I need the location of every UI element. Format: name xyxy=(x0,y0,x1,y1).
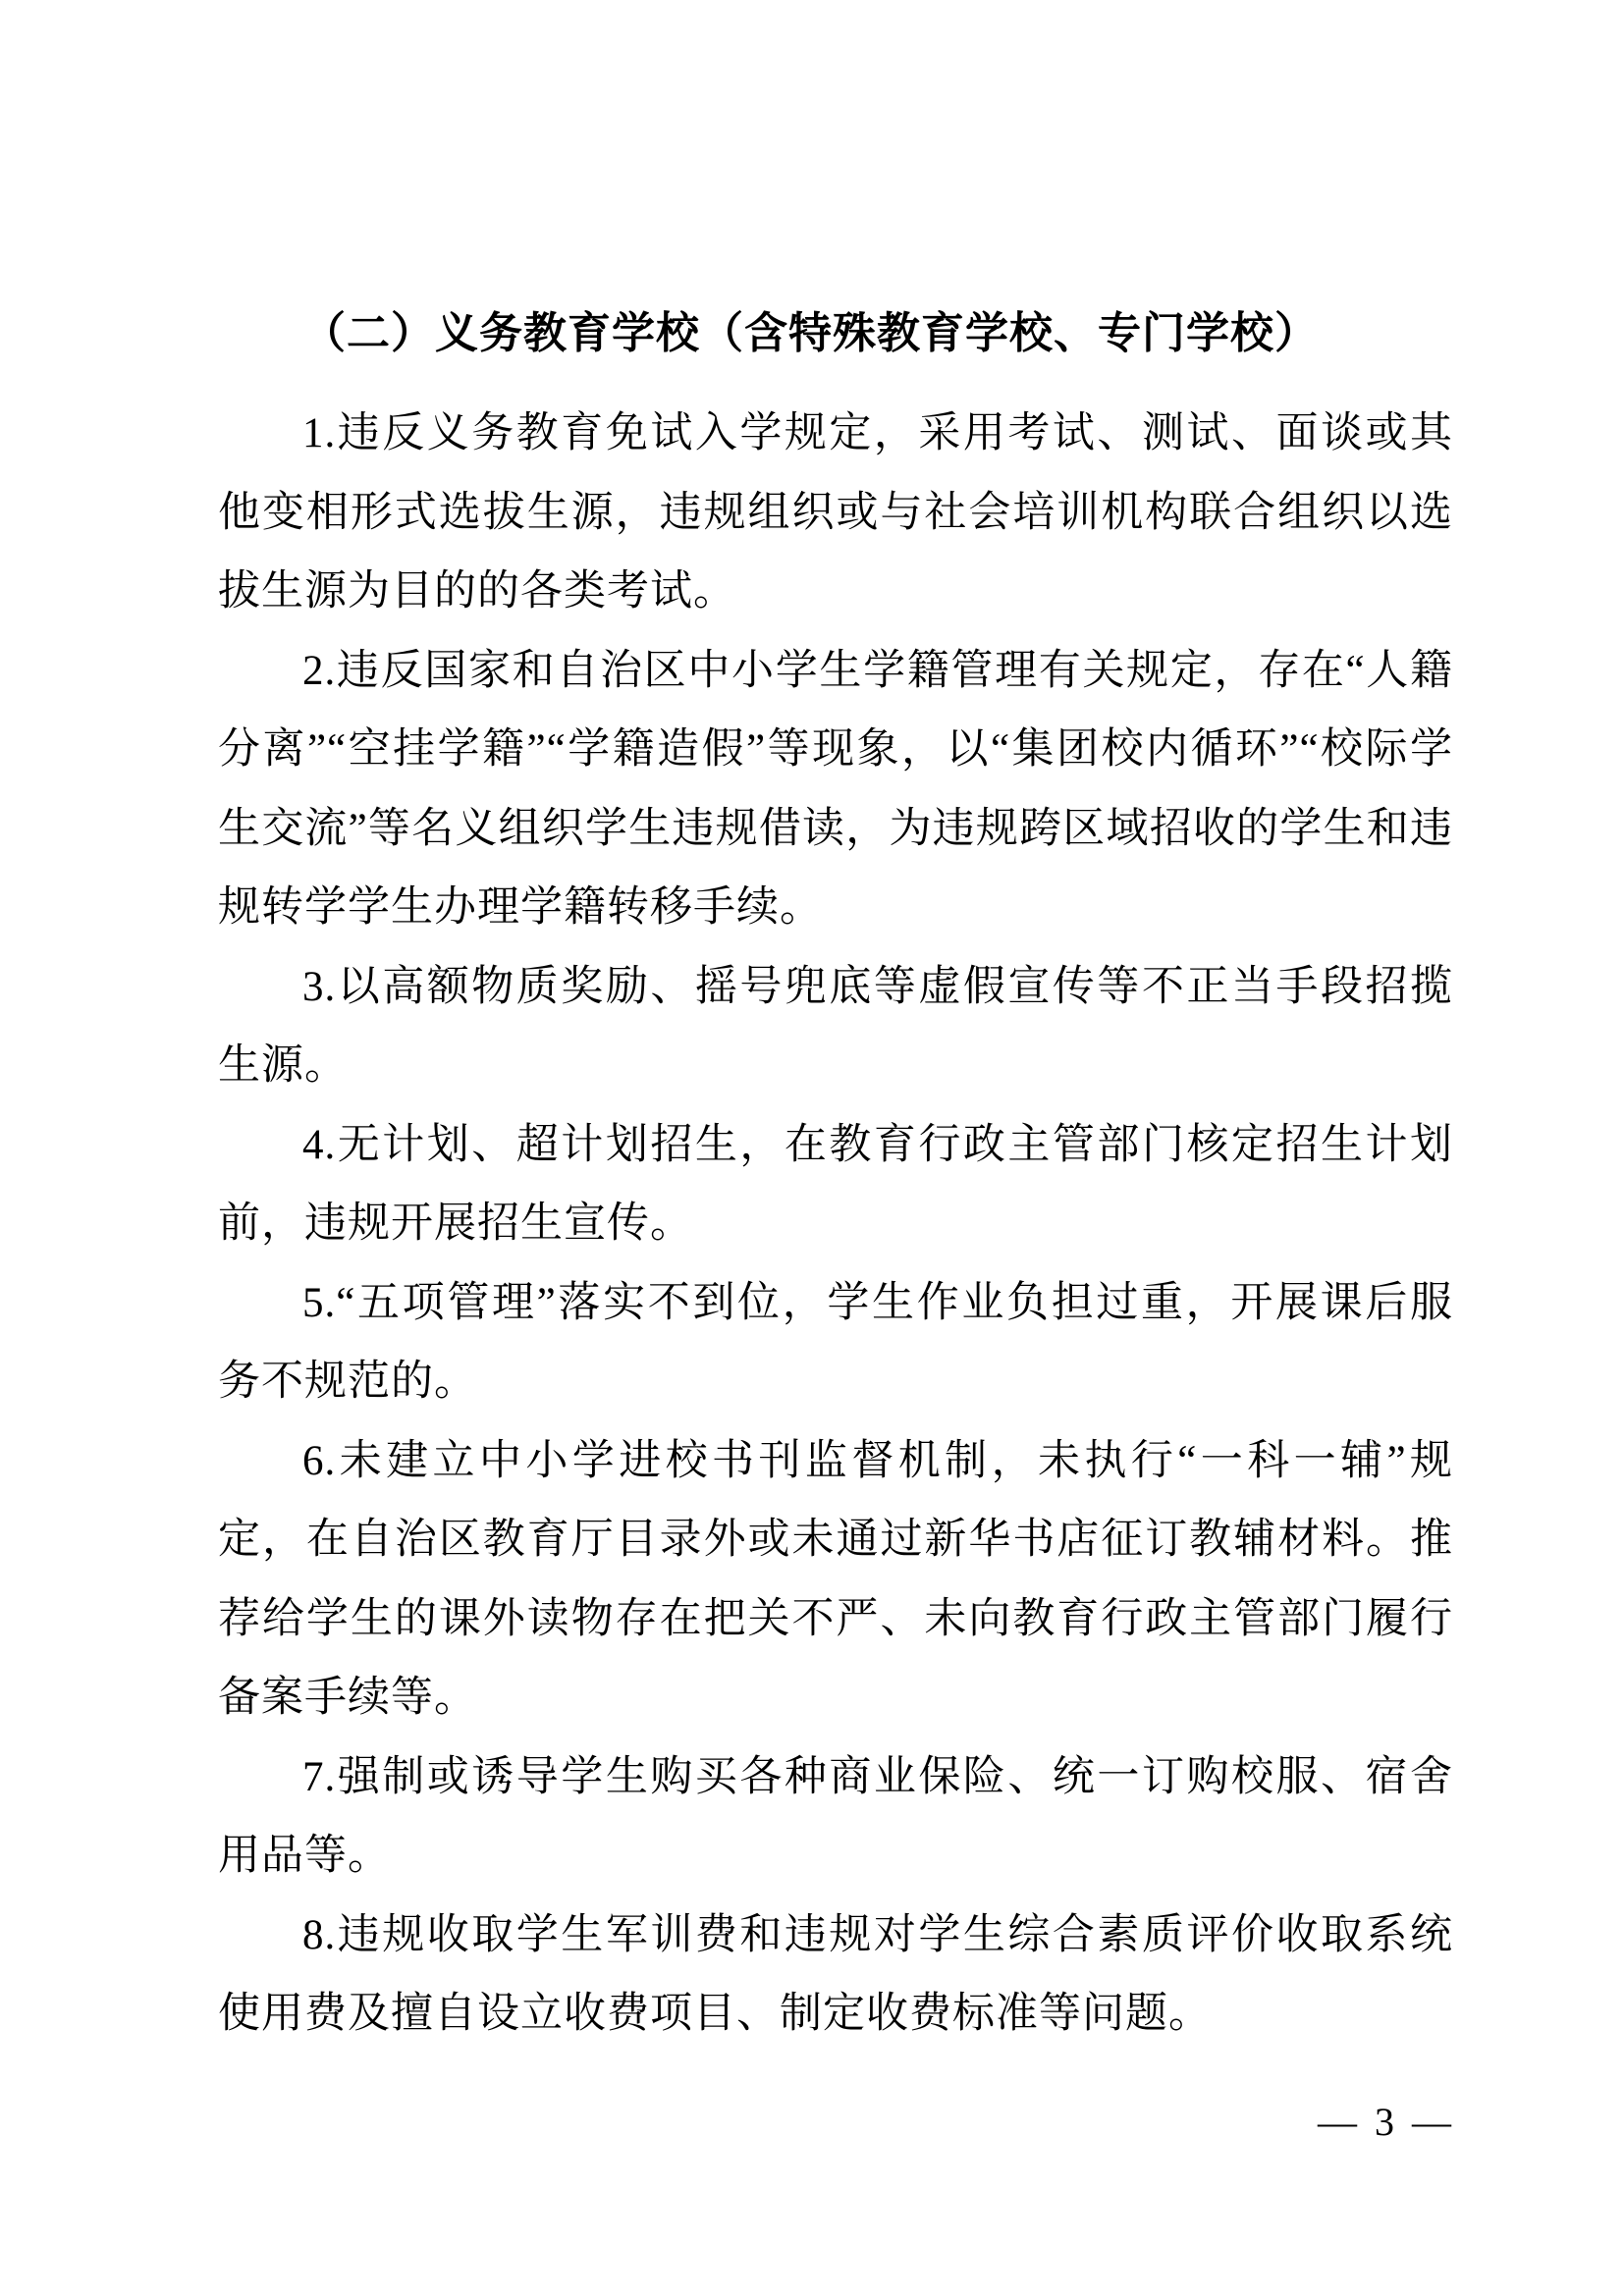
violation-item-3: 3.以高额物质奖励、摇号兜底等虚假宣传等不正当手段招揽生源。 xyxy=(218,948,1453,1106)
violation-item-7: 7.强制或诱导学生购买各种商业保险、统一订购校服、宿舍用品等。 xyxy=(218,1738,1453,1896)
section-heading: （二）义务教育学校（含特殊教育学校、专门学校） xyxy=(218,294,1453,373)
violation-item-5: 5.“五项管理”落实不到位，学生作业负担过重，开展课后服务不规范的。 xyxy=(218,1264,1453,1422)
violation-item-4: 4.无计划、超计划招生，在教育行政主管部门核定招生计划前，违规开展招生宣传。 xyxy=(218,1106,1453,1264)
violation-item-2: 2.违反国家和自治区中小学生学籍管理有关规定，存在“人籍分离”“空挂学籍”“学籍… xyxy=(218,632,1453,948)
violation-item-6: 6.未建立中小学进校书刊监督机制，未执行“一科一辅”规定，在自治区教育厅目录外或… xyxy=(218,1422,1453,1738)
violation-item-1: 1.违反义务教育免试入学规定，采用考试、测试、面谈或其他变相形式选拔生源，违规组… xyxy=(218,395,1453,632)
document-page: （二）义务教育学校（含特殊教育学校、专门学校） 1.违反义务教育免试入学规定，采… xyxy=(0,0,1624,2296)
page-number: — 3 — xyxy=(1318,2099,1455,2145)
text-block: （二）义务教育学校（含特殊教育学校、专门学校） 1.违反义务教育免试入学规定，采… xyxy=(218,294,1453,2055)
violation-item-8: 8.违规收取学生军训费和违规对学生综合素质评价收取系统使用费及擅自设立收费项目、… xyxy=(218,1896,1453,2055)
